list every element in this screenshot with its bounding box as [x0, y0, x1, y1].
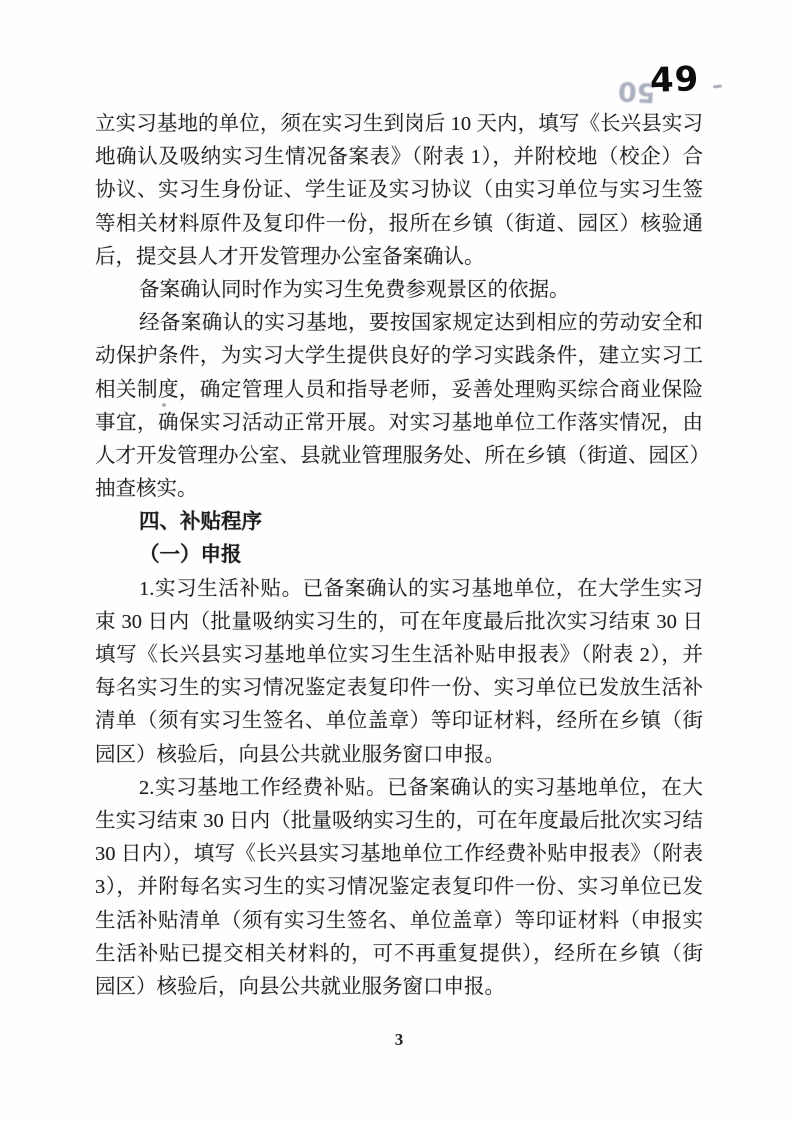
text-line: 事宜，确保实习活动正常开展。对实习基地单位工作落实情况，由县 — [95, 407, 703, 440]
scanned-page: { "page": { "number": "3", "stamp_primar… — [0, 0, 795, 1123]
text-line: 束 30 日内（批量吸纳实习生的，可在年度最后批次实习结束 30 日内）， — [95, 606, 703, 639]
document-body: 立实习基地的单位，须在实习生到岗后 10 天内，填写《长兴县实习基地确认及吸纳实… — [95, 108, 703, 1004]
document-page: 50 49 立实习基地的单位，须在实习生到岗后 10 天内，填写《长兴县实习基地… — [0, 0, 795, 1123]
page-number: 3 — [95, 1030, 703, 1050]
text-line: 相关制度，确定管理人员和指导老师，妥善处理购买综合商业保险等 — [95, 374, 703, 407]
text-line: 每名实习生的实习情况鉴定表复印件一份、实习单位已发放生活补贴 — [95, 672, 703, 705]
handwritten-page-number-stamp: 49 — [649, 59, 700, 101]
text-line: 生实习结束 30 日内（批量吸纳实习生的，可在年度最后批次实习结束 — [95, 805, 703, 838]
heading-line: （一）申报 — [95, 539, 703, 572]
text-line: 等相关材料原件及复印件一份，报所在乡镇（街道、园区）核验通过 — [95, 208, 703, 241]
text-line: 清单（须有实习生签名、单位盖章）等印证材料，经所在乡镇（街道、 — [95, 705, 703, 738]
text-line: 园区）核验后，向县公共就业服务窗口申报。 — [95, 739, 703, 772]
text-line: 园区）核验后，向县公共就业服务窗口申报。 — [95, 971, 703, 1004]
text-line: 后，提交县人才开发管理办公室备案确认。 — [95, 241, 703, 274]
text-line: 人才开发管理办公室、县就业管理服务处、所在乡镇（街道、园区） — [95, 440, 703, 473]
text-line: 地确认及吸纳实习生情况备案表》（附表 1），并附校地（校企）合作 — [95, 141, 703, 174]
text-line: 30 日内），填写《长兴县实习基地单位工作经费补贴申报表》（附表 — [95, 838, 703, 871]
scan-artifact-dash — [713, 84, 722, 88]
text-line: 动保护条件，为实习大学生提供良好的学习实践条件，建立实习工作 — [95, 340, 703, 373]
text-line: 1.实习生活补贴。已备案确认的实习基地单位，在大学生实习结 — [95, 573, 703, 606]
heading-line: 四、补贴程序 — [95, 506, 703, 539]
text-line: 立实习基地的单位，须在实习生到岗后 10 天内，填写《长兴县实习基 — [95, 108, 703, 141]
text-line: 生活补贴已提交相关材料的，可不再重复提供），经所在乡镇（街道、 — [95, 938, 703, 971]
text-line: 生活补贴清单（须有实习生签名、单位盖章）等印证材料（申报实习 — [95, 905, 703, 938]
text-line: 协议、实习生身份证、学生证及实习协议（由实习单位与实习生签订） — [95, 174, 703, 207]
text-line: 备案确认同时作为实习生免费参观景区的依据。 — [95, 274, 703, 307]
text-line: 2.实习基地工作经费补贴。已备案确认的实习基地单位，在大学 — [95, 772, 703, 805]
text-line: 抽查核实。 — [95, 473, 703, 506]
text-line: 填写《长兴县实习基地单位实习生生活补贴申报表》（附表 2），并附 — [95, 639, 703, 672]
text-line: 3），并附每名实习生的实习情况鉴定表复印件一份、实习单位已发放 — [95, 871, 703, 904]
text-line: 经备案确认的实习基地，要按国家规定达到相应的劳动安全和劳 — [95, 307, 703, 340]
